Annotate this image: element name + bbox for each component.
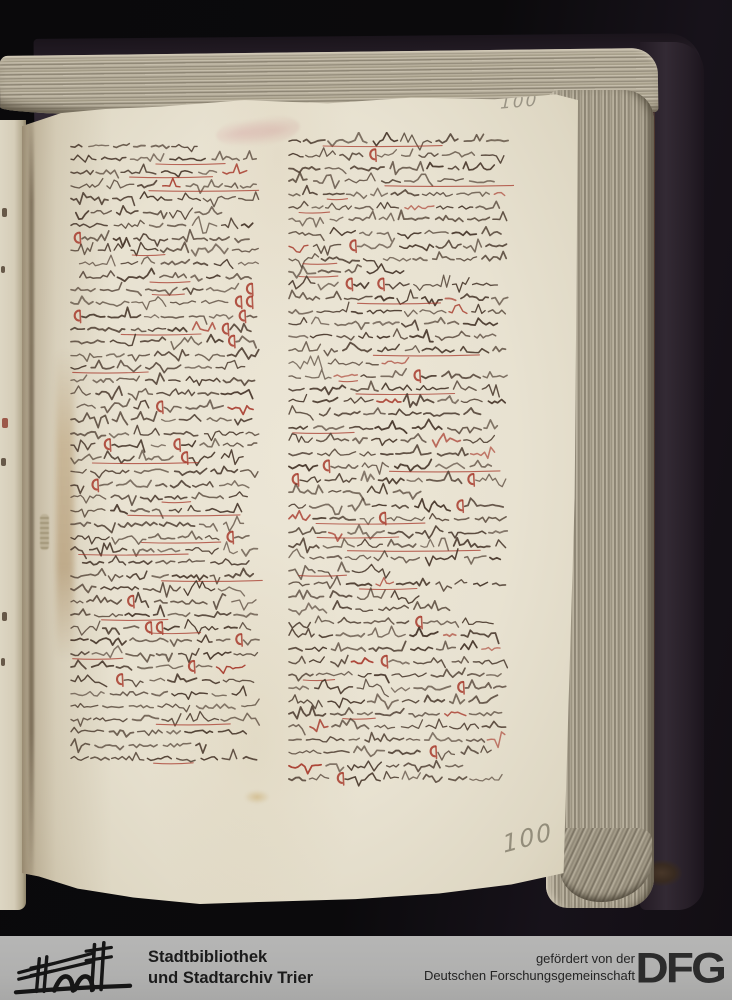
library-name-line2: und Stadtarchiv Trier (148, 968, 313, 989)
funding-credit: gefördert von der Deutschen Forschungsge… (424, 951, 635, 985)
facing-page-ink-mark (1, 658, 5, 666)
facing-page-ink-mark (2, 208, 7, 217)
dfg-logo: DFG (635, 944, 724, 993)
parchment-stain-spot (244, 790, 270, 804)
folio-number-bottom: 100 (501, 817, 554, 858)
facing-page-ink-mark (2, 612, 7, 621)
facing-page-ink-mark (1, 458, 6, 466)
library-name-line1: Stadtbibliothek (148, 947, 313, 968)
gutter-crease (29, 108, 34, 888)
funding-credit-line1: gefördert von der (424, 951, 635, 968)
parchment-repair-scar (40, 514, 49, 550)
footer-bar: Stadtbibliothek und Stadtarchiv Trier ge… (0, 936, 732, 1000)
funding-credit-line2: Deutschen Forschungsgemeinschaft (424, 968, 635, 985)
text-column-right (288, 132, 514, 800)
facing-page-ink-mark (2, 418, 8, 428)
library-logo-sketch (12, 939, 134, 997)
library-name: Stadtbibliothek und Stadtarchiv Trier (148, 947, 313, 989)
text-column-left (70, 137, 266, 779)
facing-page-ink-mark (1, 266, 5, 273)
digitized-manuscript-photograph: 100 100 Stadtbibliothek und Stadtarchiv … (0, 0, 732, 1000)
